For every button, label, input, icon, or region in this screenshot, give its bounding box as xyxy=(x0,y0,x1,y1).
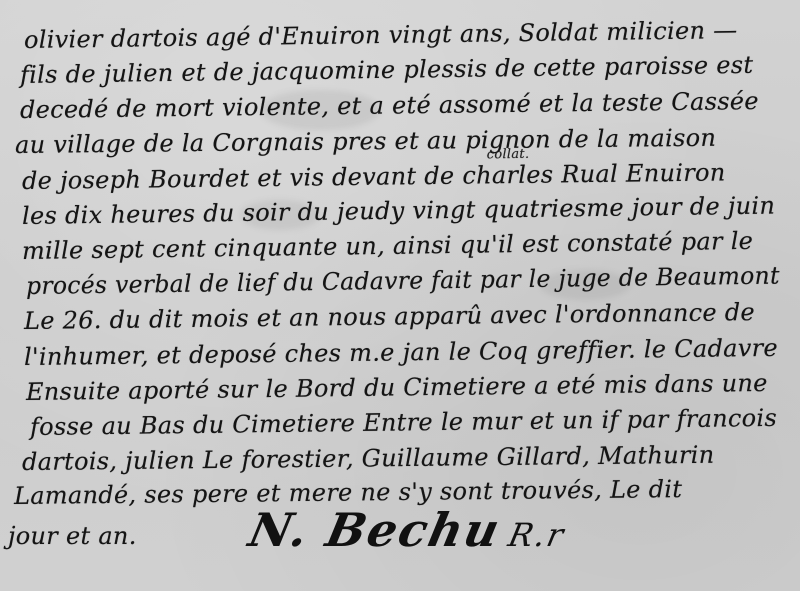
document-page: olivier dartois agé d'Enuiron vingt ans,… xyxy=(0,0,800,591)
line-5-text: de joseph Bourdet et vis devant de charl… xyxy=(22,158,726,195)
handwritten-line-7: mille sept cent cinquante un, ainsi qu'i… xyxy=(22,227,754,265)
handwritten-line-12: fosse au Bas du Cimetiere Entre le mur e… xyxy=(30,404,777,441)
interlinear-insertion: collat. xyxy=(487,147,530,163)
handwritten-line-1: olivier dartois agé d'Enuiron vingt ans,… xyxy=(24,16,738,54)
signature-title: R.r xyxy=(505,516,569,554)
handwritten-line-5: de joseph Bourdet et vis devant de charl… xyxy=(22,158,726,195)
handwritten-line-3: decedé de mort violente, et a eté assomé… xyxy=(20,87,759,124)
handwritten-line-8: procés verbal de lief du Cadavre fait pa… xyxy=(26,261,780,300)
handwritten-line-2: fils de julien et de jacquomine plessis … xyxy=(20,51,754,89)
signature-name: N. Bechu xyxy=(244,503,506,557)
handwritten-line-13: dartois, julien Le forestier, Guillaume … xyxy=(22,441,715,476)
handwritten-line-11: Ensuite aporté sur le Bord du Cimetiere … xyxy=(26,369,768,406)
handwritten-line-4: au village de la Corgnais pres et au pig… xyxy=(15,124,716,159)
handwritten-line-15: jour et an. xyxy=(8,522,137,550)
signature: N. BechuR.r xyxy=(244,503,571,557)
handwritten-line-9: Le 26. du dit mois et an nous apparû ave… xyxy=(24,298,755,335)
handwritten-line-10: l'inhumer, et deposé ches m.e jan le Coq… xyxy=(24,334,778,371)
handwritten-line-6: les dix heures du soir du jeudy vingt qu… xyxy=(22,191,776,230)
